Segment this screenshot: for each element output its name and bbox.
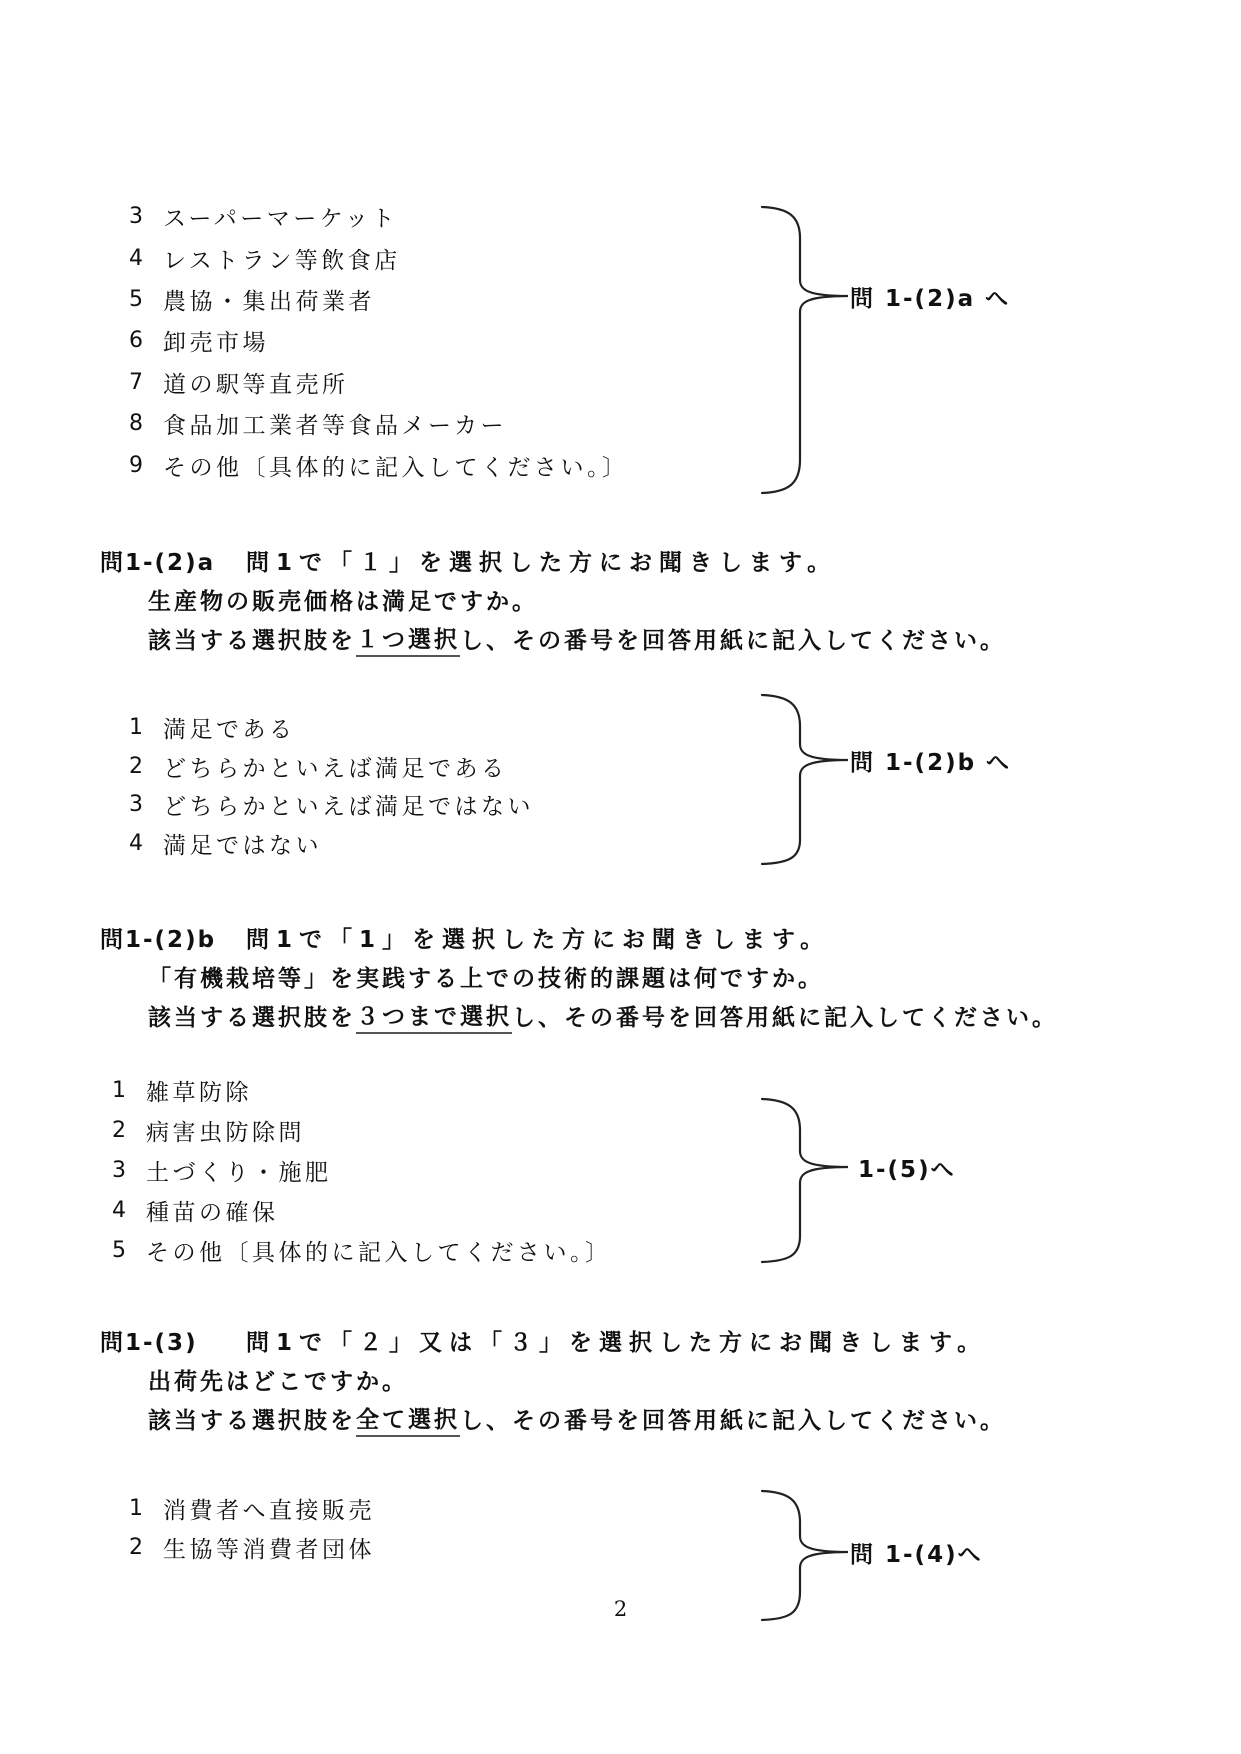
list-item: 4 種苗の確保 [110, 1190, 612, 1230]
question-instruction: 該当する選択肢を３つまで選択し、その番号を回答用紙に記入してください。 [148, 996, 1058, 1035]
option-number: 1 [110, 1078, 128, 1103]
question-id: 問1-(2)a [100, 544, 246, 577]
question-q3: 問1-(3) 問1で「２」又は「３」を選択した方にお聞きします。 出荷先はどこで… [100, 1321, 1006, 1438]
option-number: 1 [127, 715, 145, 740]
list-item: 9 その他〔具体的に記入してください。〕 [127, 444, 629, 485]
option-label: 病害虫防除問 [146, 1114, 305, 1147]
question-header: 問1-(2)b 問1で「1」を選択した方にお聞きします。 [100, 918, 1058, 957]
question-header: 問1-(2)a 問1で「１」を選択した方にお聞きします。 [100, 541, 1006, 580]
option-number: 7 [127, 370, 145, 395]
question-intro: 問1で「１」を選択した方にお聞きします。 [246, 544, 837, 577]
question-instruction: 該当する選択肢を１つ選択し、その番号を回答用紙に記入してください。 [148, 619, 1006, 658]
list-item: 5 農協・集出荷業者 [127, 279, 629, 320]
list-item: 2 生協等消費者団体 [127, 1528, 375, 1567]
option-number: 4 [127, 246, 145, 271]
list-item: 6 卸売市場 [127, 320, 629, 361]
option-number: 2 [110, 1118, 128, 1143]
brace-to-1-5 [760, 1096, 860, 1268]
option-number: 8 [127, 411, 145, 436]
option-number: 1 [127, 1496, 145, 1521]
option-number: 3 [127, 792, 145, 817]
instruction-underlined: １つ選択 [356, 621, 460, 657]
list-item: 2 病害虫防除問 [110, 1110, 612, 1150]
option-number: 4 [110, 1198, 128, 1223]
list-item: 3 どちらかといえば満足ではない [127, 785, 534, 824]
list-item: 1 雑草防除 [110, 1070, 612, 1110]
brace-to-q2a [760, 204, 860, 500]
option-label: 満足ではない [163, 827, 322, 860]
option-label: 土づくり・施肥 [146, 1154, 332, 1187]
instruction-post: し、その番号を回答用紙に記入してください。 [460, 1402, 1006, 1435]
question-header: 問1-(3) 問1で「２」又は「３」を選択した方にお聞きします。 [100, 1321, 1006, 1360]
question-text: 生産物の販売価格は満足ですか。 [148, 580, 1006, 619]
option-number: 3 [127, 204, 145, 229]
option-number: 3 [110, 1158, 128, 1183]
list-item: 1 満足である [127, 708, 534, 747]
option-label: 種苗の確保 [146, 1194, 279, 1227]
question-id: 問1-(3) [100, 1324, 246, 1357]
page-number: 2 [0, 1597, 1241, 1621]
option-label: レストラン等飲食店 [163, 242, 401, 275]
option-list-carryover: 3 スーパーマーケット 4 レストラン等飲食店 5 農協・集出荷業者 6 卸売市… [127, 196, 629, 486]
list-item: 5 その他〔具体的に記入してください。〕 [110, 1230, 612, 1270]
list-item: 3 土づくり・施肥 [110, 1150, 612, 1190]
question-text: 出荷先はどこですか。 [148, 1360, 1006, 1399]
question-intro: 問1で「２」又は「３」を選択した方にお聞きします。 [246, 1324, 987, 1357]
question-q2a: 問1-(2)a 問1で「１」を選択した方にお聞きします。 生産物の販売価格は満足… [100, 541, 1006, 658]
question-intro: 問1で「1」を選択した方にお聞きします。 [246, 921, 830, 954]
goto-label-q2b: 問 1-(2)b へ [850, 745, 1011, 775]
instruction-pre: 該当する選択肢を [148, 1402, 356, 1435]
goto-label-q4: 問 1-(4)へ [850, 1537, 983, 1567]
goto-label-1-5: 1-(5)へ [858, 1152, 956, 1182]
instruction-underlined: ３つまで選択 [356, 998, 512, 1034]
option-label: 満足である [163, 711, 296, 744]
list-item: 2 どちらかといえば満足である [127, 747, 534, 786]
list-item: 4 レストラン等飲食店 [127, 237, 629, 278]
list-item: 1 消費者へ直接販売 [127, 1489, 375, 1528]
list-item: 3 スーパーマーケット [127, 196, 629, 237]
option-label: その他〔具体的に記入してください。〕 [163, 449, 629, 482]
option-label: 生協等消費者団体 [163, 1531, 375, 1564]
option-number: 5 [127, 287, 145, 312]
option-label: 道の駅等直売所 [163, 366, 349, 399]
option-number: 5 [110, 1238, 128, 1263]
question-instruction: 該当する選択肢を全て選択し、その番号を回答用紙に記入してください。 [148, 1399, 1006, 1438]
option-number: 9 [127, 453, 145, 478]
instruction-pre: 該当する選択肢を [148, 622, 356, 655]
question-q2b: 問1-(2)b 問1で「1」を選択した方にお聞きします。 「有機栽培等」を実践す… [100, 918, 1058, 1035]
instruction-underlined: 全て選択 [356, 1401, 460, 1437]
instruction-post: し、その番号を回答用紙に記入してください。 [512, 999, 1058, 1032]
option-number: 2 [127, 754, 145, 779]
option-label: 消費者へ直接販売 [163, 1492, 375, 1525]
option-number: 2 [127, 1535, 145, 1560]
question-text: 「有機栽培等」を実践する上での技術的課題は何ですか。 [148, 957, 1058, 996]
goto-label-q2a: 問 1-(2)a へ [850, 281, 1010, 311]
option-number: 4 [127, 831, 145, 856]
question-id: 問1-(2)b [100, 921, 246, 954]
list-item: 7 道の駅等直売所 [127, 362, 629, 403]
option-number: 6 [127, 328, 145, 353]
instruction-pre: 該当する選択肢を [148, 999, 356, 1032]
option-label: スーパーマーケット [163, 200, 398, 233]
option-label: 農協・集出荷業者 [163, 283, 375, 316]
option-label: どちらかといえば満足ではない [163, 788, 534, 821]
list-item: 4 満足ではない [127, 824, 534, 863]
instruction-post: し、その番号を回答用紙に記入してください。 [460, 622, 1006, 655]
questionnaire-page: 3 スーパーマーケット 4 レストラン等飲食店 5 農協・集出荷業者 6 卸売市… [0, 0, 1241, 1754]
brace-to-q2b [760, 692, 860, 872]
option-label: 食品加工業者等食品メーカー [163, 407, 507, 440]
option-list-q2b: 1 雑草防除 2 病害虫防除問 3 土づくり・施肥 4 種苗の確保 5 その他〔… [110, 1070, 612, 1270]
option-label: 雑草防除 [146, 1074, 252, 1107]
option-list-q3: 1 消費者へ直接販売 2 生協等消費者団体 [127, 1489, 375, 1567]
option-label: その他〔具体的に記入してください。〕 [146, 1234, 612, 1267]
option-label: 卸売市場 [163, 324, 269, 357]
list-item: 8 食品加工業者等食品メーカー [127, 403, 629, 444]
option-label: どちらかといえば満足である [163, 750, 508, 783]
option-list-q2a: 1 満足である 2 どちらかといえば満足である 3 どちらかといえば満足ではない… [127, 708, 534, 863]
